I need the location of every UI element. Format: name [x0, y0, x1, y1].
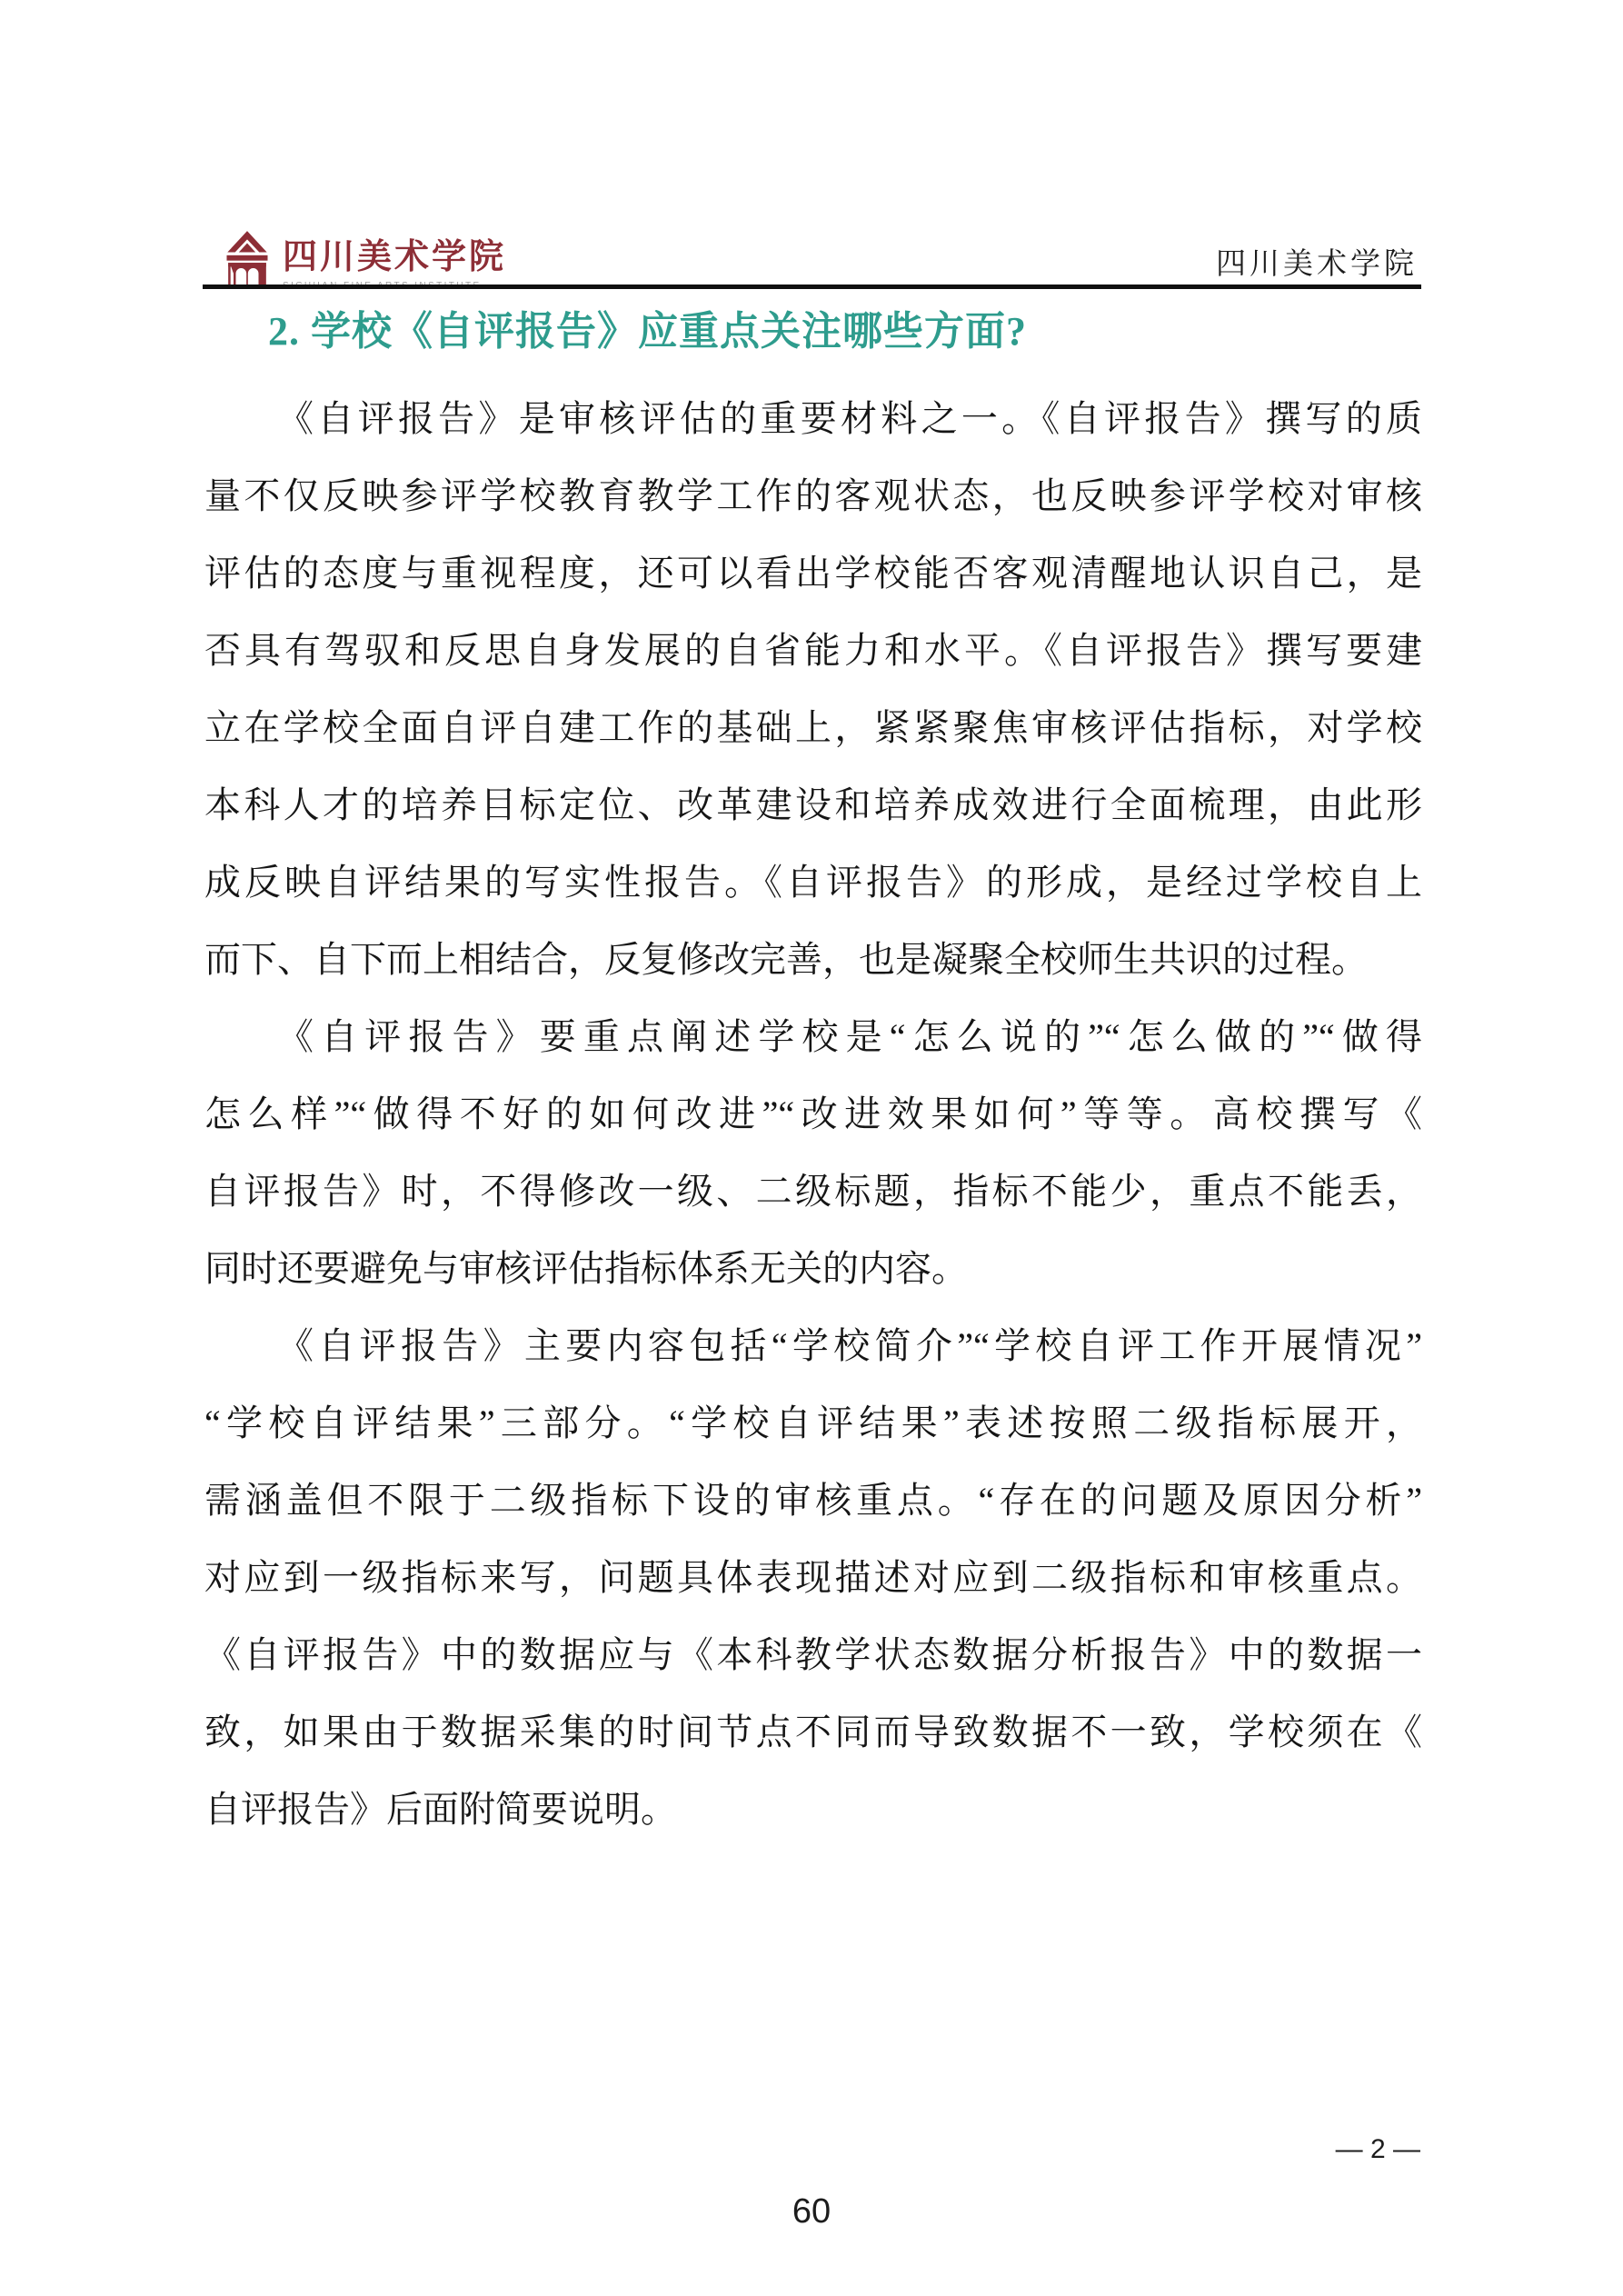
logo-calligraphy: 四川美术学院 [283, 240, 506, 275]
text-line: 否具有驾驭和反思自身发展的自省能力和水平。《自评报告》撰写要建 [204, 612, 1422, 689]
text-line: 成反映自评结果的写实性报告。《自评报告》的形成，是经过学校自上 [204, 844, 1422, 921]
text-line: 《自评报告》是审核评估的重要材料之一。《自评报告》撰写的质 [204, 380, 1422, 457]
document-page: 四川美术学院 SICHUAN FINE ARTS INSTITUTE 四川美术学… [0, 0, 1623, 2296]
text-line: 立在学校全面自评自建工作的基础上，紧紧聚焦审核评估指标，对学校 [204, 689, 1422, 766]
text-line: 自评报告》时，不得修改一级、二级标题，指标不能少，重点不能丢， [204, 1153, 1422, 1230]
paragraph: 《自评报告》主要内容包括“学校简介”“学校自评工作开展情况”“学校自评结果”三部… [204, 1307, 1422, 1848]
paragraph: 《自评报告》要重点阐述学校是“怎么说的”“怎么做的”“做得怎么样”“做得不好的如… [204, 998, 1422, 1307]
school-logo: 四川美术学院 SICHUAN FINE ARTS INSTITUTE [224, 231, 506, 291]
text-line: 本科人才的培养目标定位、改革建设和培养成效进行全面梳理，由此形 [204, 766, 1422, 844]
section-heading: 2. 学校《自评报告》应重点关注哪些方面? [204, 305, 1027, 358]
body-text: 《自评报告》是审核评估的重要材料之一。《自评报告》撰写的质量不仅反映参评学校教育… [204, 380, 1422, 1848]
text-line: 同时还要避免与审核评估指标体系无关的内容。 [204, 1230, 1422, 1307]
text-line: “学校自评结果”三部分。“学校自评结果”表述按照二级指标展开， [204, 1384, 1422, 1462]
section-page-number: — 2 — [1336, 2134, 1420, 2165]
arch-gate-icon [224, 231, 270, 287]
logo-text-block: 四川美术学院 SICHUAN FINE ARTS INSTITUTE [283, 231, 506, 291]
text-line: 需涵盖但不限于二级指标下设的审核重点。“存在的问题及原因分析” [204, 1462, 1422, 1539]
text-line: 《自评报告》主要内容包括“学校简介”“学校自评工作开展情况” [204, 1307, 1422, 1384]
paragraph: 《自评报告》是审核评估的重要材料之一。《自评报告》撰写的质量不仅反映参评学校教育… [204, 380, 1422, 998]
text-line: 《自评报告》要重点阐述学校是“怎么说的”“怎么做的”“做得 [204, 998, 1422, 1075]
header-school-name: 四川美术学院 [1216, 240, 1418, 283]
text-line: 《自评报告》中的数据应与《本科教学状态数据分析报告》中的数据一 [204, 1616, 1422, 1693]
text-line: 而下、自下而上相结合，反复修改完善，也是凝聚全校师生共识的过程。 [204, 921, 1422, 998]
text-line: 怎么样”“做得不好的如何改进”“改进效果如何”等等。高校撰写《 [204, 1075, 1422, 1153]
text-line: 致，如果由于数据采集的时间节点不同而导致数据不一致，学校须在《 [204, 1693, 1422, 1771]
text-line: 量不仅反映参评学校教育教学工作的客观状态，也反映参评学校对审核 [204, 457, 1422, 534]
header-rule [203, 285, 1421, 289]
page-number: 60 [0, 2192, 1623, 2231]
text-line: 评估的态度与重视程度，还可以看出学校能否客观清醒地认识自己，是 [204, 534, 1422, 612]
text-line: 对应到一级指标来写，问题具体表现描述对应到二级指标和审核重点。 [204, 1539, 1422, 1616]
text-line: 自评报告》后面附简要说明。 [204, 1771, 1422, 1848]
